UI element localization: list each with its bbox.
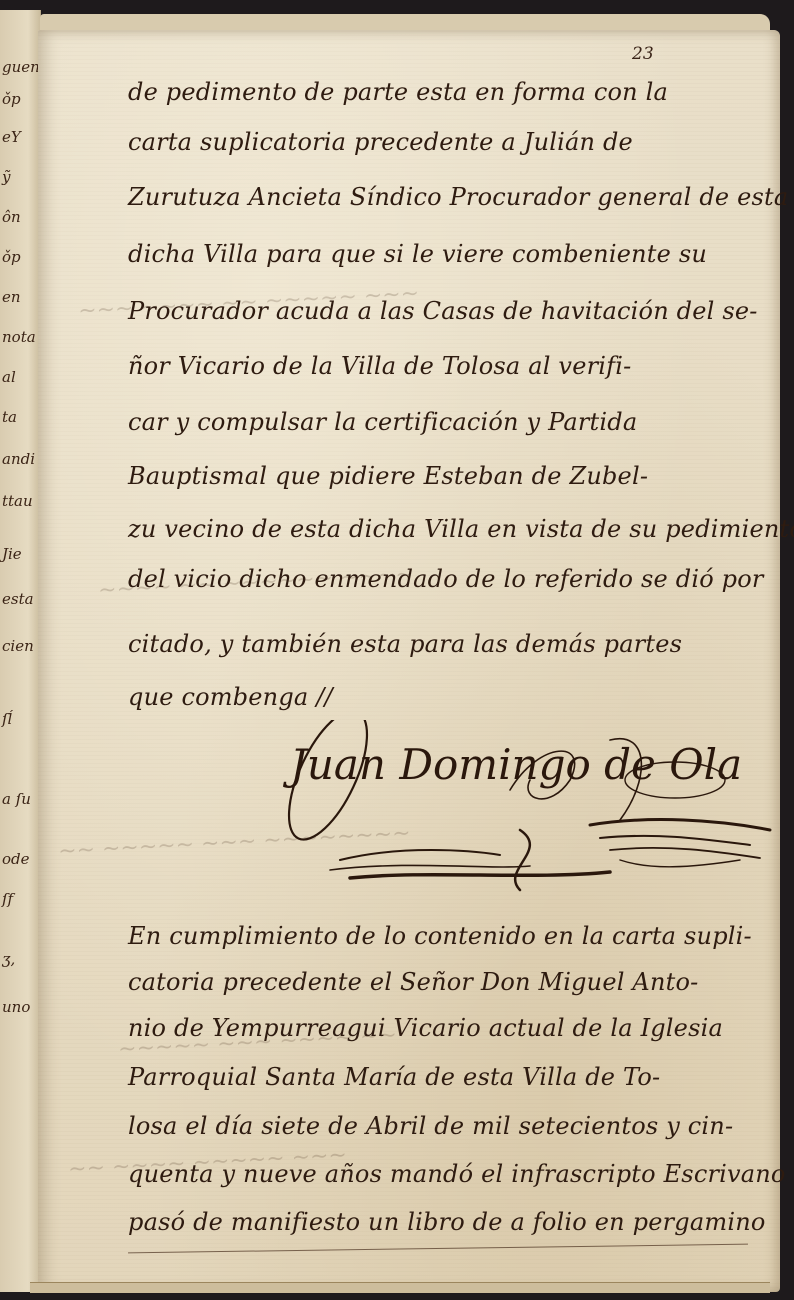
margin-fragment: ʒ, (2, 950, 15, 968)
manuscript-line: losa el día siete de Abril de mil seteci… (128, 1112, 733, 1140)
facing-page-strip: guenǒpeYỹônǒpennotaaltaandittauJieestaci… (0, 10, 41, 1292)
manuscript-line: Procurador acuda a las Casas de havitaci… (128, 297, 758, 325)
manuscript-line: pasó de manifiesto un libro de a folio e… (128, 1208, 766, 1236)
signature-name: Juan Domingo de Ola (290, 740, 742, 789)
margin-fragment: a ſu (2, 790, 31, 808)
margin-fragment: andi (2, 450, 35, 468)
manuscript-line: Parroquial Santa María de esta Villa de … (128, 1063, 660, 1091)
margin-fragment: guen (2, 58, 40, 76)
margin-fragment: nota (2, 328, 36, 346)
manuscript-line: catoria precedente el Señor Don Miguel A… (128, 968, 698, 996)
folio-number: 23 (632, 44, 654, 64)
margin-fragment: ôn (2, 208, 21, 226)
manuscript-line: zu vecino de esta dicha Villa en vista d… (128, 515, 794, 543)
manuscript-page: ~~~ ~~~~ ~~ ~~~~~ ~~~ ~~~~ ~~ ~~~~~~ ~~~… (38, 30, 780, 1292)
margin-fragment: Jie (2, 545, 22, 563)
margin-fragment: ttau (2, 492, 33, 510)
margin-fragment: ſĺ (2, 710, 12, 728)
margin-fragment: al (2, 368, 16, 386)
margin-fragment: esta (2, 590, 34, 608)
margin-fragment: cien (2, 637, 34, 655)
manuscript-line: del vicio dicho enmendado de lo referido… (128, 565, 764, 593)
margin-fragment: uno (2, 998, 30, 1016)
margin-fragment: en (2, 288, 21, 306)
margin-fragment: eY (2, 128, 21, 146)
manuscript-line: ñor Vicario de la Villa de Tolosa al ver… (128, 352, 631, 380)
manuscript-line: carta suplicatoria precedente a Julián d… (128, 128, 633, 156)
manuscript-line: Zurutuza Ancieta Síndico Procurador gene… (128, 183, 788, 211)
margin-fragment: ode (2, 850, 30, 868)
manuscript-line: car y compulsar la certificación y Parti… (128, 408, 637, 436)
signature-block: Juan Domingo de Ola (270, 720, 790, 900)
manuscript-line: quenta y nueve años mandó el infrascript… (128, 1160, 786, 1188)
manuscript-line: que combenga // (128, 683, 333, 711)
margin-fragment: ǒp (2, 248, 21, 266)
manuscript-scan: guenǒpeYỹônǒpennotaaltaandittauJieestaci… (0, 0, 794, 1300)
margin-fragment: ỹ (2, 168, 10, 186)
manuscript-line: citado, y también esta para las demás pa… (128, 630, 682, 658)
margin-fragment: ta (2, 408, 17, 426)
margin-fragment: ſf (2, 890, 13, 908)
manuscript-line: de pedimento de parte esta en forma con … (128, 78, 668, 106)
page-bottom-edge (30, 1282, 770, 1293)
manuscript-line: Bauptismal que pidiere Esteban de Zubel- (128, 462, 648, 490)
manuscript-line: En cumplimiento de lo contenido en la ca… (128, 922, 752, 950)
manuscript-line: nio de Yempurreagui Vicario actual de la… (128, 1014, 723, 1042)
margin-fragment: ǒp (2, 90, 21, 108)
manuscript-line: dicha Villa para que si le viere combeni… (128, 240, 707, 268)
